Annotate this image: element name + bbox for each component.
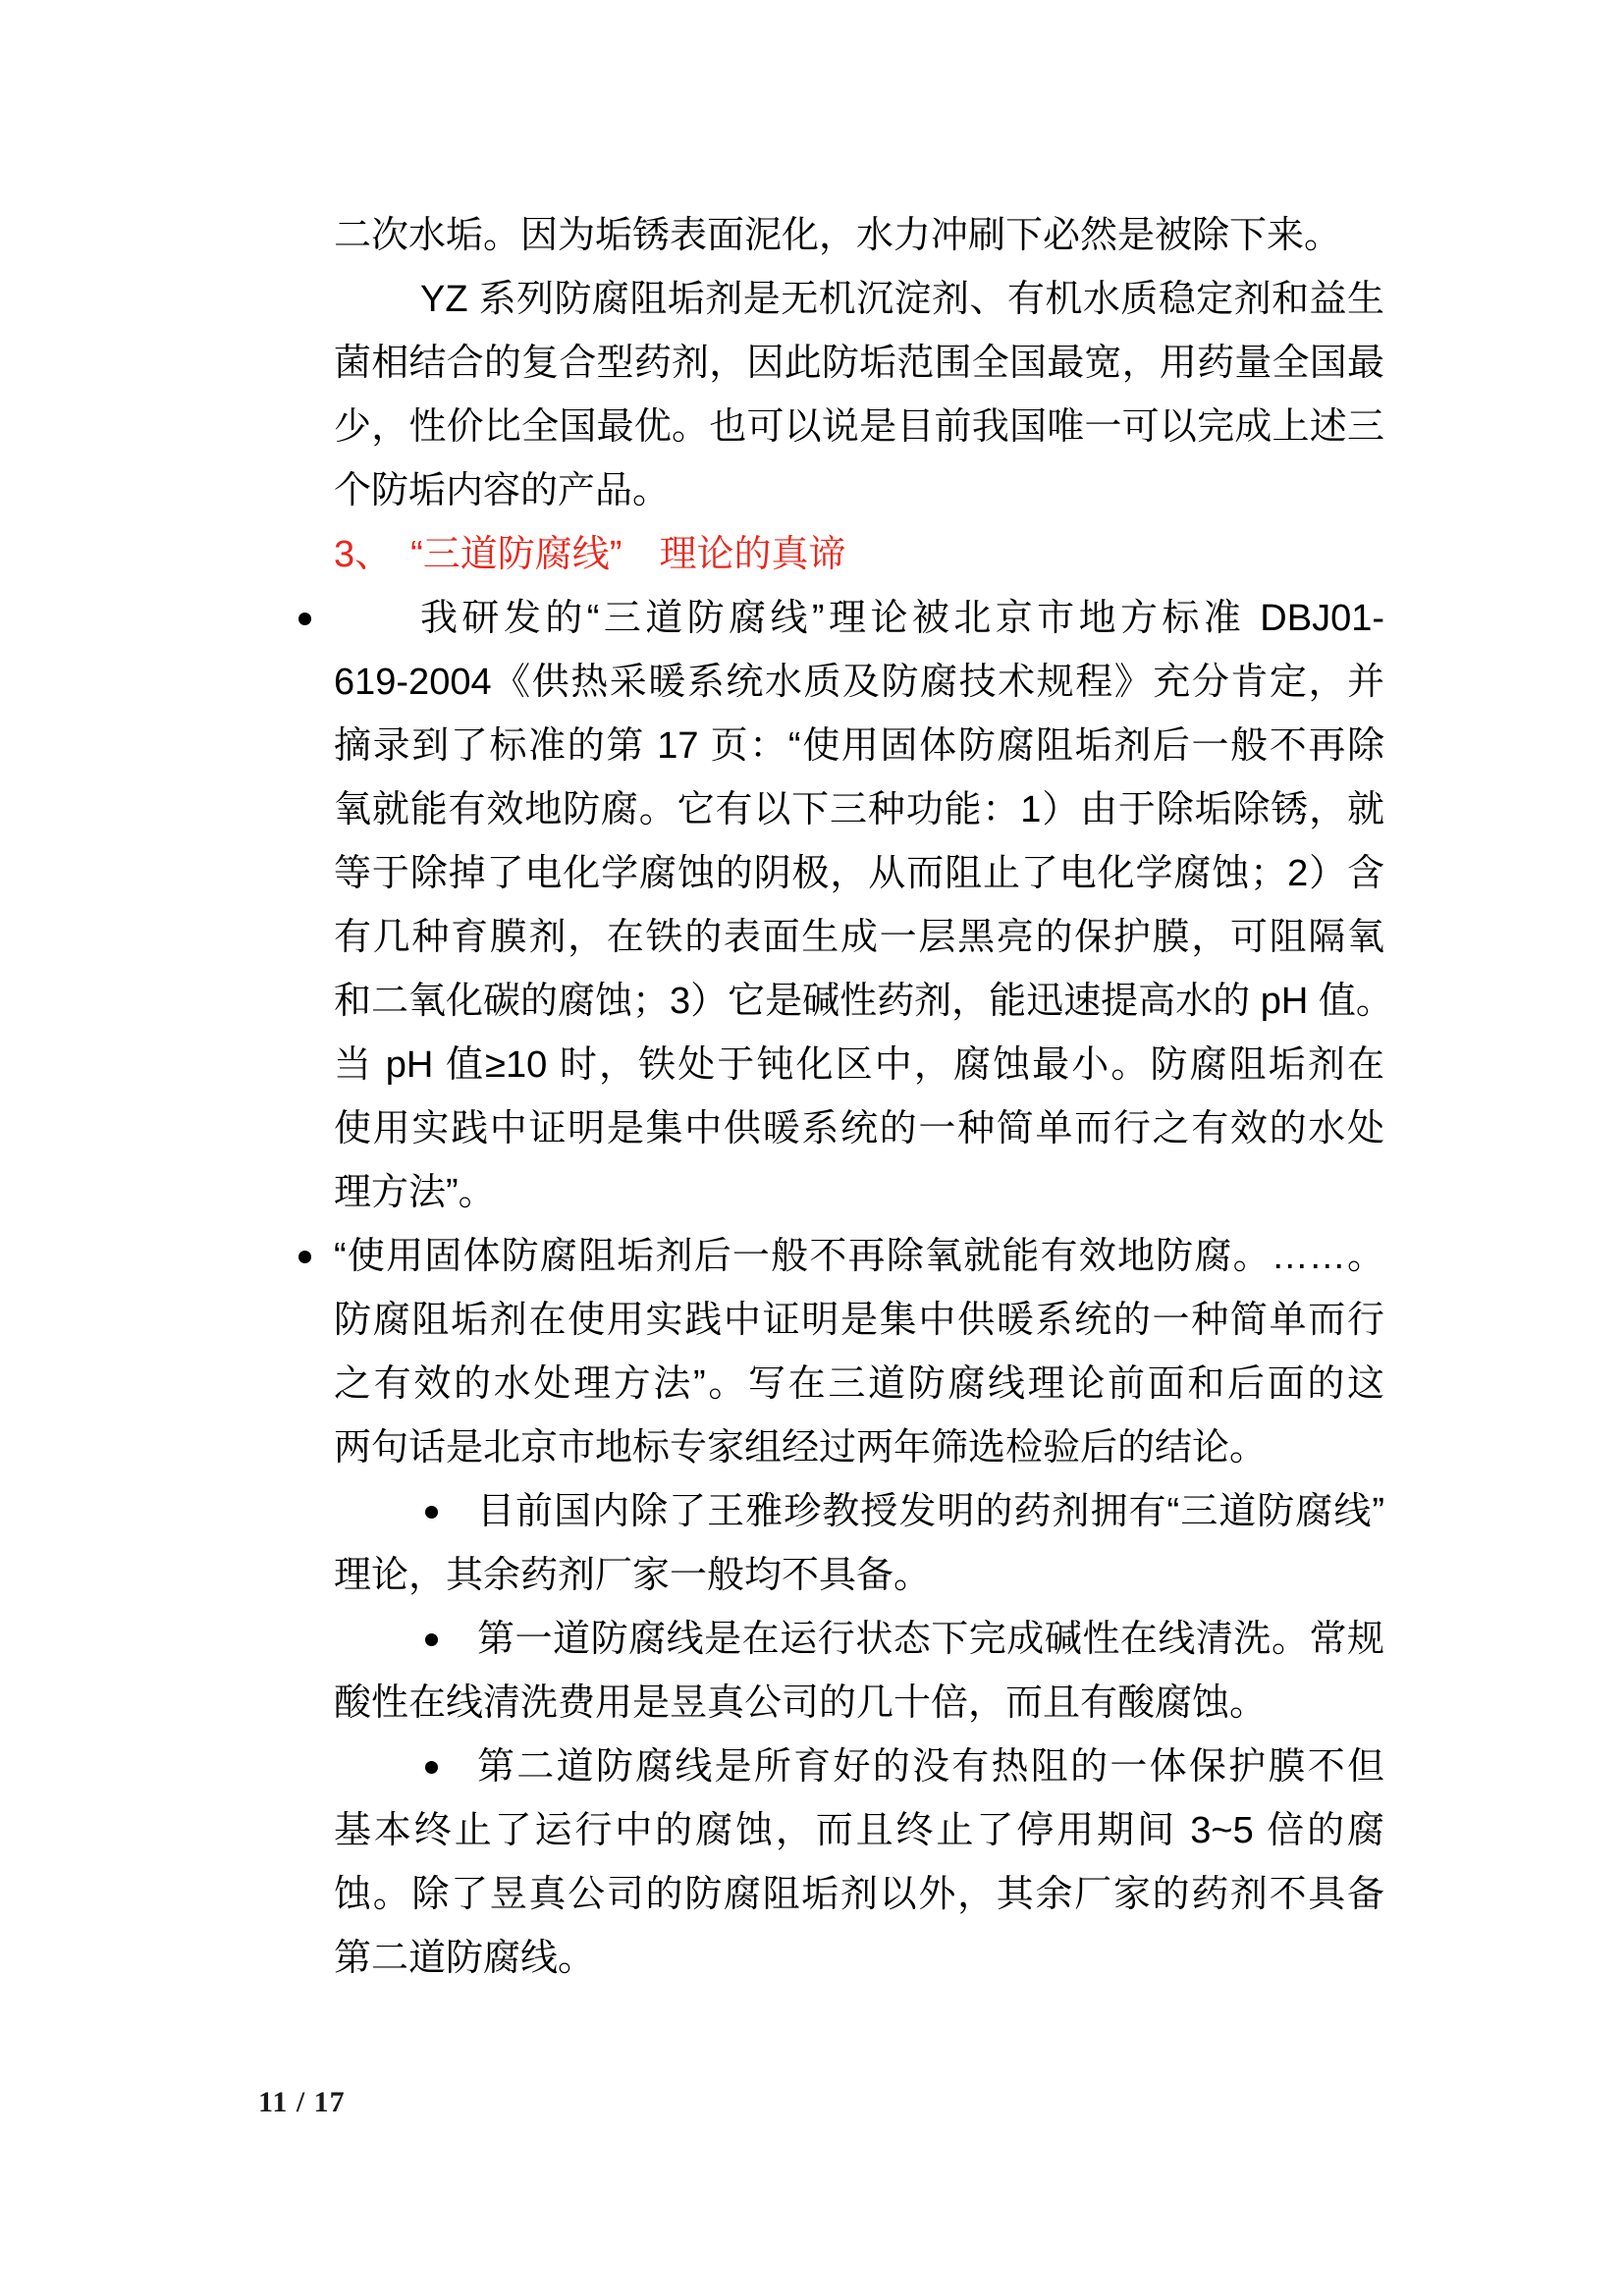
- text-line: 我研发的“三道防腐线”理论被北京市地方标准 DBJ01-: [334, 587, 1384, 651]
- text-line: 少，性价比全国最优。也可以说是目前我国唯一可以完成上述三: [334, 396, 1384, 459]
- text-line: 第一道防腐线是在运行状态下完成碱性在线清洗。常规: [334, 1608, 1384, 1672]
- text-line: 第二道防腐线是所育好的没有热阻的一体保护膜不但: [334, 1735, 1384, 1799]
- section-heading: 3、 “三道防腐线” 理论的真谛: [334, 523, 1384, 587]
- text-line: 个防垢内容的产品。: [334, 459, 1384, 523]
- text-content: 二次水垢。因为垢锈表面泥化，水力冲刷下必然是被除下来。 YZ 系列防腐阻垢剂是无…: [334, 204, 1384, 1991]
- bullet-list-item: 第二道防腐线是所育好的没有热阻的一体保护膜不但: [334, 1735, 1384, 1799]
- text-line: 两句话是北京市地标专家组经过两年筛选检验后的结论。: [334, 1416, 1384, 1480]
- bullet-list-item: 我研发的“三道防腐线”理论被北京市地方标准 DBJ01-: [334, 587, 1384, 651]
- text-line: 防腐阻垢剂在使用实践中证明是集中供暖系统的一种简单而行: [334, 1289, 1384, 1353]
- text-line: 第二道防腐线。: [334, 1927, 1384, 1991]
- text-line: YZ 系列防腐阻垢剂是无机沉淀剂、有机水质稳定剂和益生: [334, 268, 1384, 332]
- text-line: 619-2004《供热采暖系统水质及防腐技术规程》充分肯定，并: [334, 651, 1384, 715]
- text-line: 蚀。除了昱真公司的防腐阻垢剂以外，其余厂家的药剂不具备: [334, 1863, 1384, 1927]
- text-line: 理论，其余药剂厂家一般均不具备。: [334, 1544, 1384, 1608]
- text-line: 酸性在线清洗费用是昱真公司的几十倍，而且有酸腐蚀。: [334, 1672, 1384, 1735]
- text-line: 氧就能有效地防腐。它有以下三种功能：1）由于除垢除锈，就: [334, 778, 1384, 842]
- text-line: 和二氧化碳的腐蚀；3）它是碱性药剂，能迅速提高水的 pH 值。: [334, 970, 1384, 1034]
- text-line: 摘录到了标准的第 17 页：“使用固体防腐阻垢剂后一般不再除: [334, 715, 1384, 778]
- text-line: 有几种育膜剂，在铁的表面生成一层黑亮的保护膜，可阻隔氧: [334, 906, 1384, 970]
- text-line: 使用实践中证明是集中供暖系统的一种简单而行之有效的水处: [334, 1097, 1384, 1161]
- text-line: 基本终止了运行中的腐蚀，而且终止了停用期间 3~5 倍的腐: [334, 1799, 1384, 1863]
- text-line: 二次水垢。因为垢锈表面泥化，水力冲刷下必然是被除下来。: [334, 204, 1384, 268]
- text-line: 理方法”。: [334, 1161, 1384, 1225]
- text-line: 之有效的水处理方法”。写在三道防腐线理论前面和后面的这: [334, 1353, 1384, 1416]
- document-page: 二次水垢。因为垢锈表面泥化，水力冲刷下必然是被除下来。 YZ 系列防腐阻垢剂是无…: [0, 0, 1624, 2296]
- bullet-icon: [425, 1761, 438, 1774]
- bullet-list-item: 第一道防腐线是在运行状态下完成碱性在线清洗。常规: [334, 1608, 1384, 1672]
- text-line: 菌相结合的复合型药剂，因此防垢范围全国最宽，用药量全国最: [334, 332, 1384, 396]
- page-number: 11 / 17: [258, 2085, 346, 2120]
- bullet-icon: [298, 1251, 311, 1263]
- bullet-icon: [298, 613, 311, 625]
- text-line: 目前国内除了王雅珍教授发明的药剂拥有“三道防腐线”: [334, 1480, 1384, 1544]
- text-line: 当 pH 值≥10 时，铁处于钝化区中，腐蚀最小。防腐阻垢剂在: [334, 1034, 1384, 1097]
- text-line: “使用固体防腐阻垢剂后一般不再除氧就能有效地防腐。……。: [334, 1225, 1384, 1289]
- bullet-icon: [425, 1633, 438, 1646]
- text-line: 等于除掉了电化学腐蚀的阴极，从而阻止了电化学腐蚀；2）含: [334, 842, 1384, 906]
- bullet-list-item: “使用固体防腐阻垢剂后一般不再除氧就能有效地防腐。……。: [334, 1225, 1384, 1289]
- bullet-list-item: 目前国内除了王雅珍教授发明的药剂拥有“三道防腐线”: [334, 1480, 1384, 1544]
- bullet-icon: [425, 1506, 438, 1519]
